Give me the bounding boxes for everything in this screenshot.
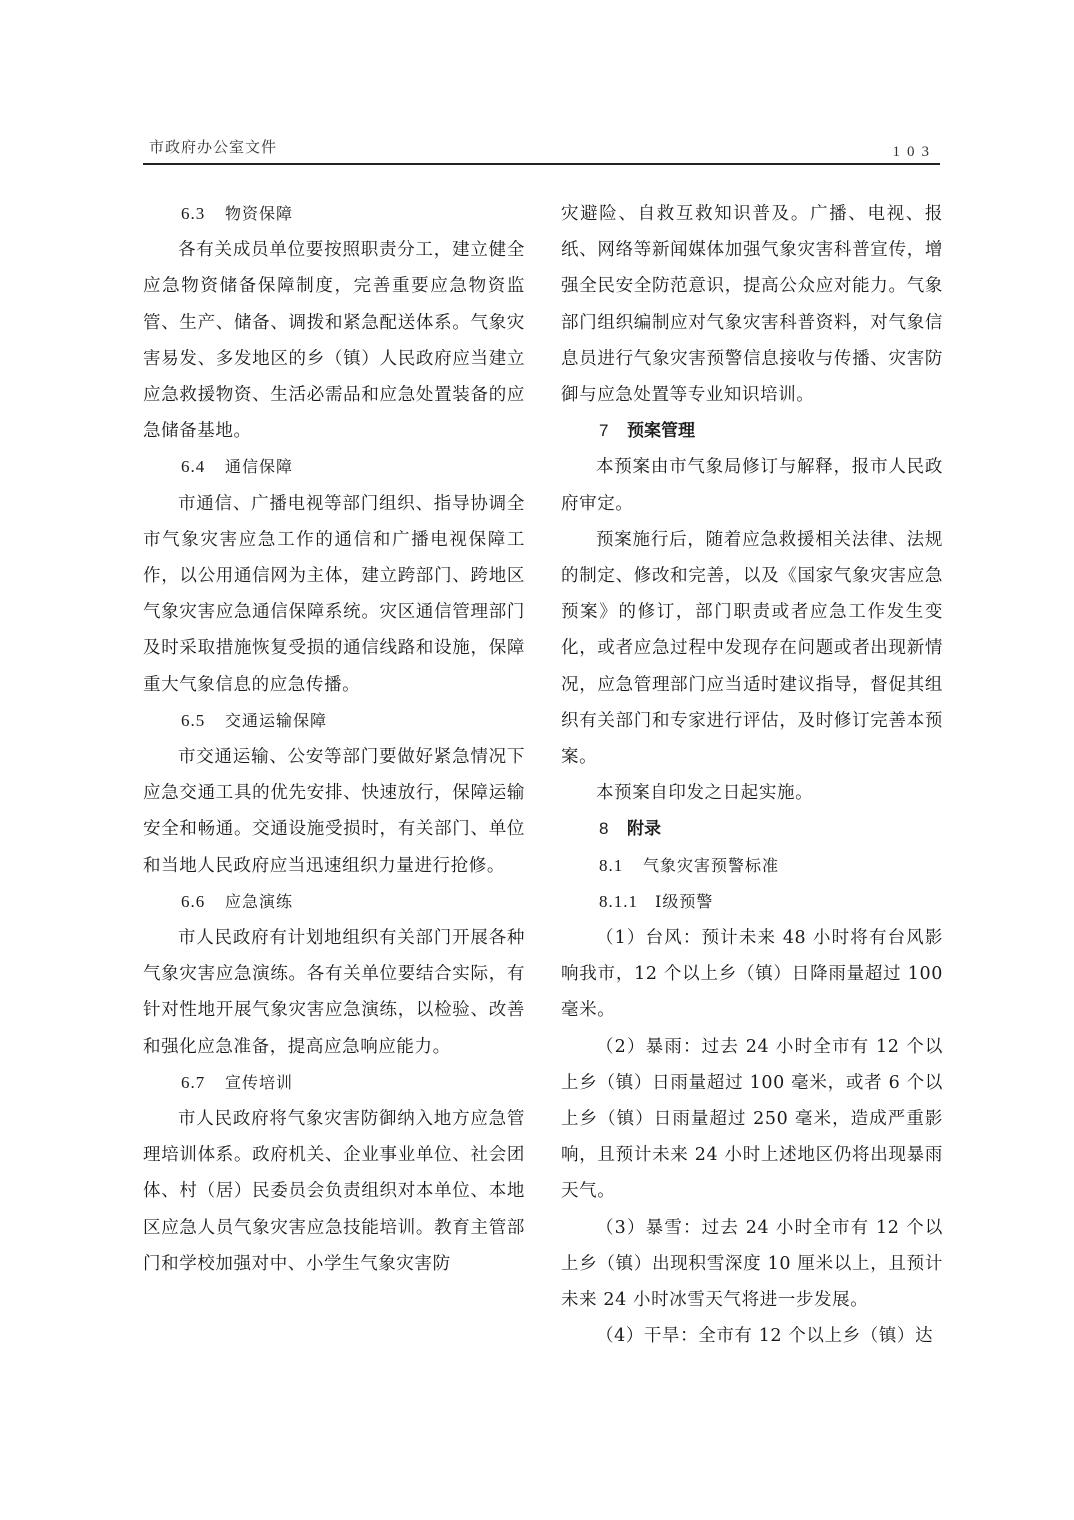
section-heading-8-1-1: 8.1.1Ⅰ级预警	[561, 884, 943, 920]
document-header-title: 市政府办公室文件	[149, 136, 277, 157]
header-divider	[143, 163, 940, 165]
section-text-6-4: 市通信、广播电视等部门组织、指导协调全市气象灾害应急工作的通信和广播电视保障工作…	[143, 486, 525, 703]
section-heading-7: 7预案管理	[561, 413, 943, 449]
page-number: 103	[893, 144, 937, 161]
section-heading-8-1: 8.1气象灾害预警标准	[561, 848, 943, 884]
section-7-paragraph: 本预案自印发之日起实施。	[561, 775, 943, 811]
warning-criterion-drought: （4）干旱：全市有 12 个以上乡（镇）达	[561, 1318, 943, 1354]
section-heading-6-4: 6.4通信保障	[143, 449, 525, 485]
left-column: 6.3物资保障 各有关成员单位要按照职责分工，建立健全应急物资储备保障制度，完善…	[143, 196, 525, 1282]
warning-criterion-rainstorm: （2）暴雨：过去 24 小时全市有 12 个以上乡（镇）日雨量超过 100 毫米…	[561, 1029, 943, 1210]
section-heading-6-3: 6.3物资保障	[143, 196, 525, 232]
section-text-6-3: 各有关成员单位要按照职责分工，建立健全应急物资储备保障制度，完善重要应急物资监管…	[143, 232, 525, 449]
section-heading-6-7: 6.7宣传培训	[143, 1065, 525, 1101]
section-heading-6-6: 6.6应急演练	[143, 884, 525, 920]
continued-text: 灾避险、自救互救知识普及。广播、电视、报纸、网络等新闻媒体加强气象灾害科普宣传，…	[561, 196, 943, 413]
section-7-paragraph: 预案施行后，随着应急救援相关法律、法规的制定、修改和完善，以及《国家气象灾害应急…	[561, 522, 943, 775]
section-heading-6-5: 6.5交通运输保障	[143, 703, 525, 739]
right-column: 灾避险、自救互救知识普及。广播、电视、报纸、网络等新闻媒体加强气象灾害科普宣传，…	[561, 196, 943, 1355]
page-header: 市政府办公室文件 103	[143, 134, 940, 164]
warning-criterion-snowstorm: （3）暴雪：过去 24 小时全市有 12 个以上乡（镇）出现积雪深度 10 厘米…	[561, 1210, 943, 1319]
section-text-6-7: 市人民政府将气象灾害防御纳入地方应急管理培训体系。政府机关、企业事业单位、社会团…	[143, 1101, 525, 1282]
section-text-6-5: 市交通运输、公安等部门要做好紧急情况下应急交通工具的优先安排、快速放行，保障运输…	[143, 739, 525, 884]
warning-criterion-typhoon: （1）台风：预计未来 48 小时将有台风影响我市，12 个以上乡（镇）日降雨量超…	[561, 920, 943, 1029]
section-text-6-6: 市人民政府有计划地组织有关部门开展各种气象灾害应急演练。各有关单位要结合实际，有…	[143, 920, 525, 1065]
section-7-paragraph: 本预案由市气象局修订与解释，报市人民政府审定。	[561, 449, 943, 521]
section-heading-8: 8附录	[561, 811, 943, 847]
